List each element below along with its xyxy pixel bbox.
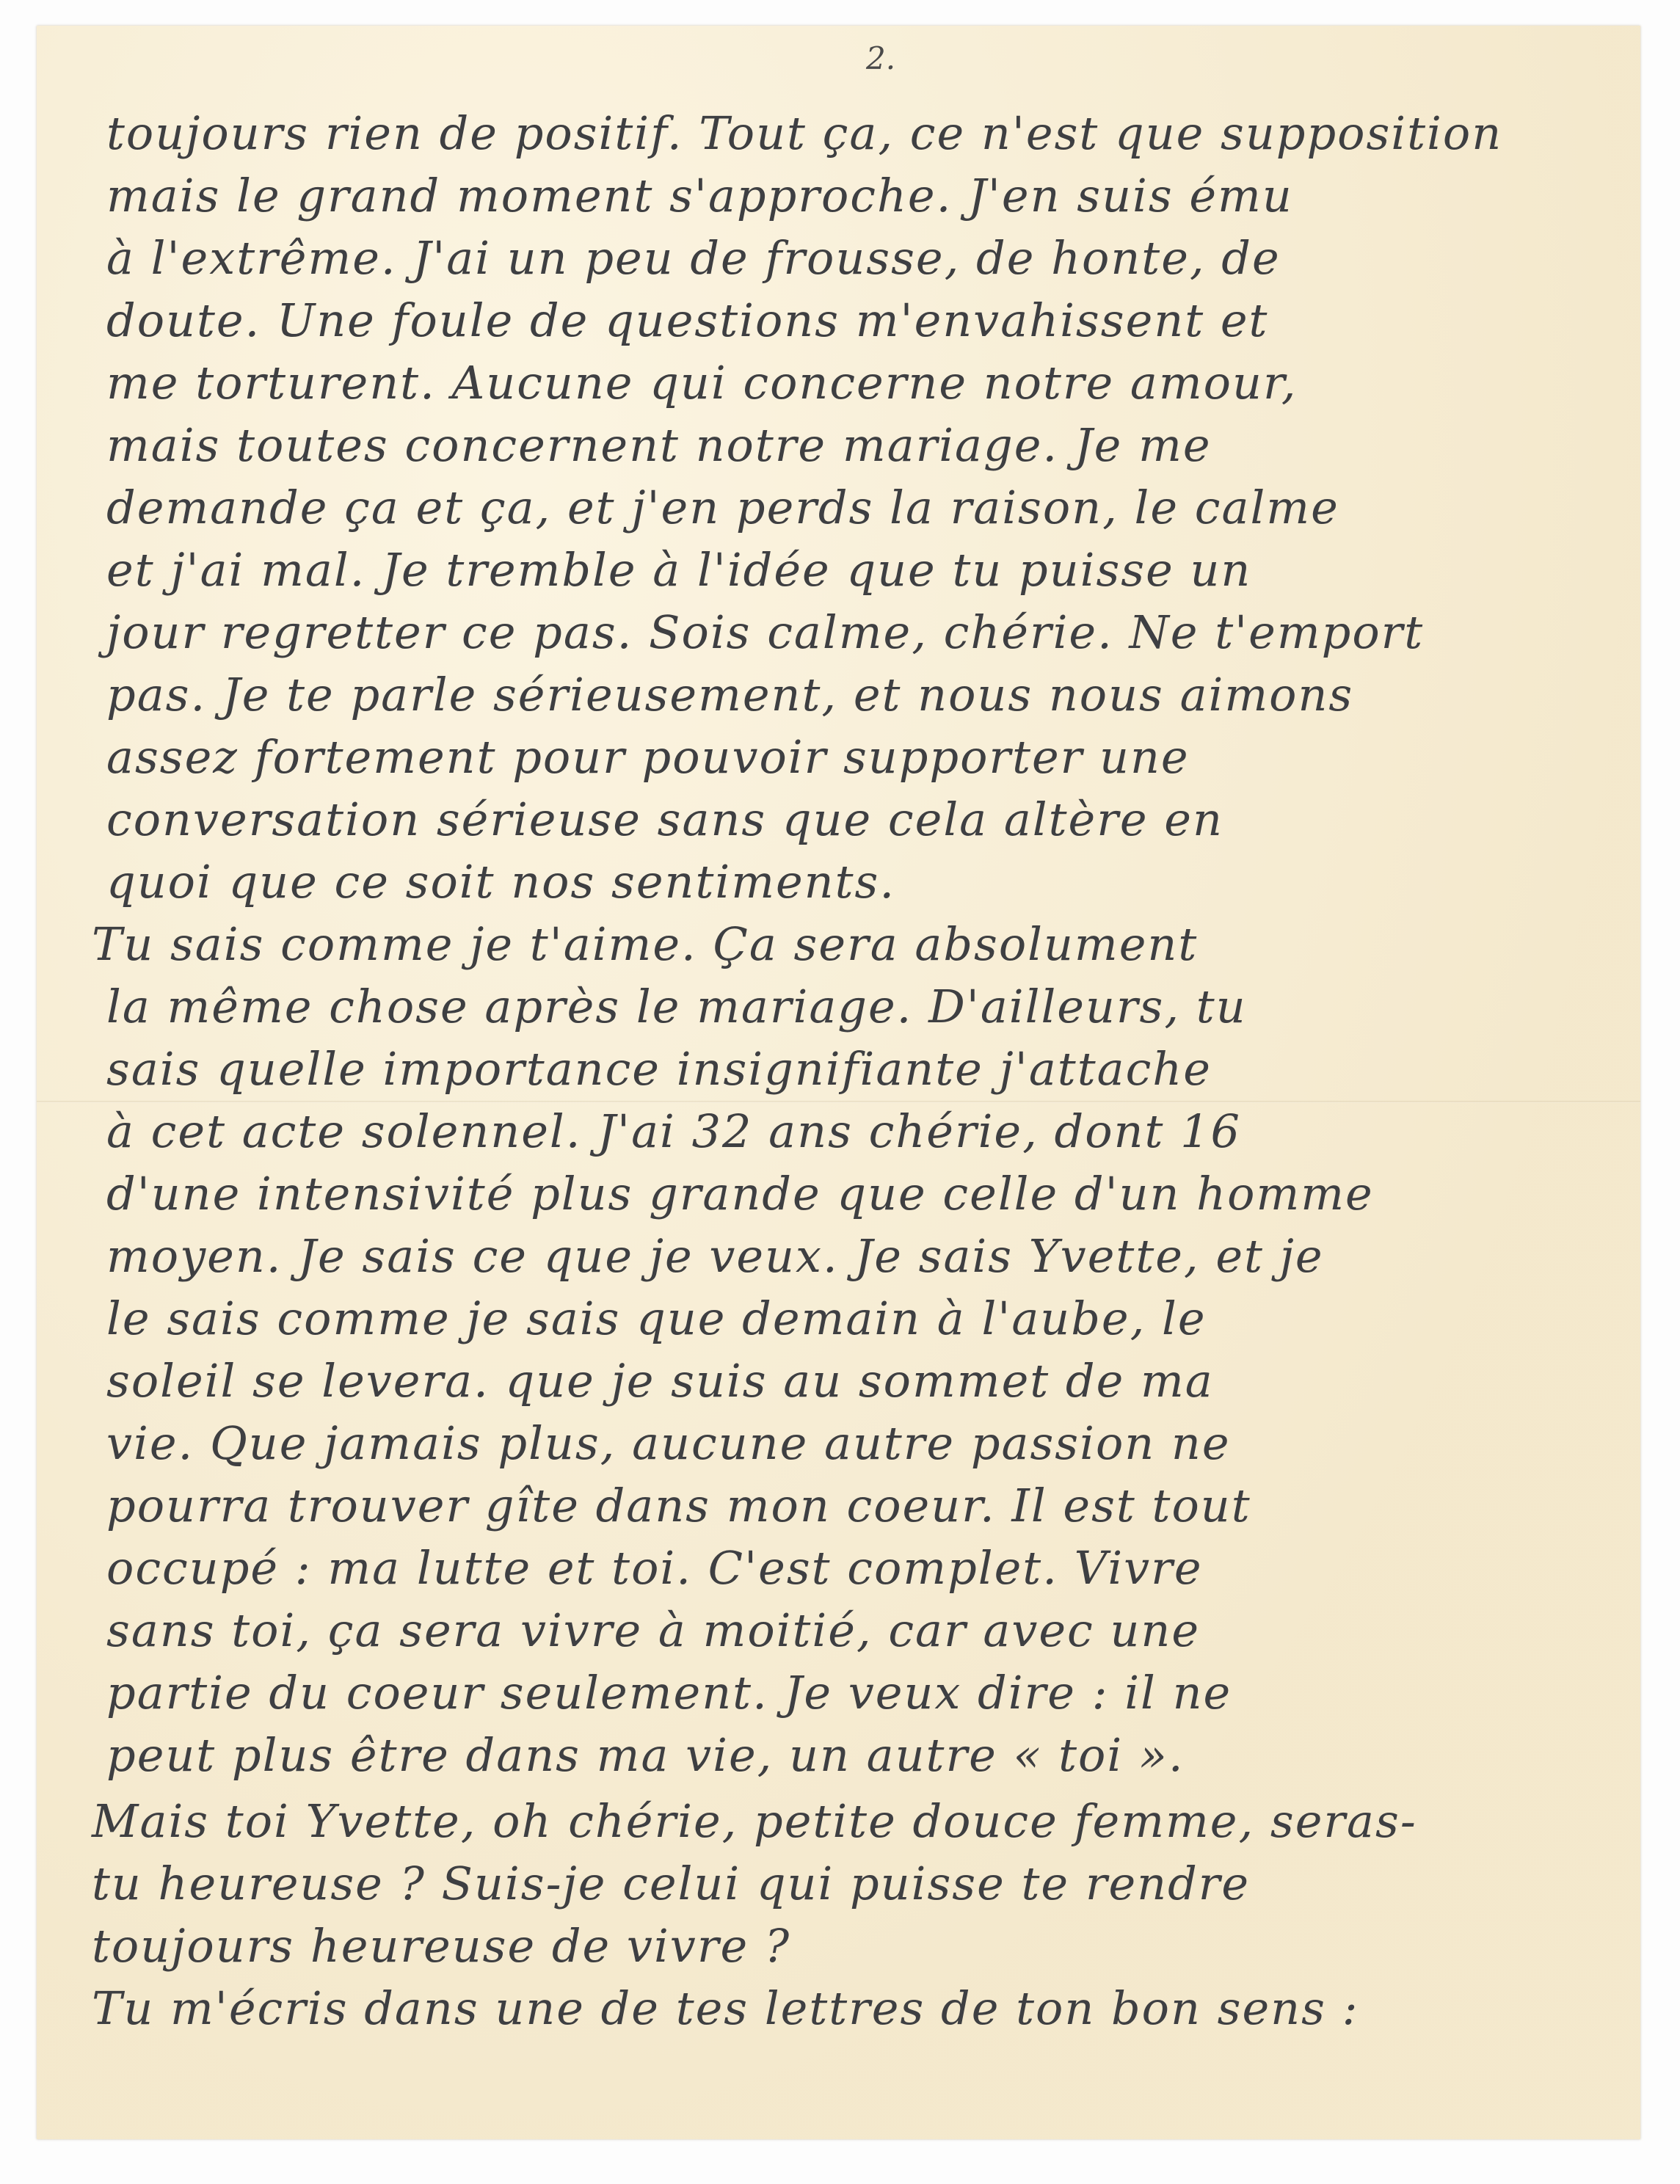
letter-line: doute. Une foule de questions m'envahiss… bbox=[106, 294, 1633, 347]
letter-line: sais quelle importance insignifiante j'a… bbox=[106, 1042, 1633, 1096]
letter-line: partie du coeur seulement. Je veux dire … bbox=[106, 1666, 1633, 1719]
letter-line: assez fortement pour pouvoir supporter u… bbox=[106, 730, 1633, 784]
letter-line: la même chose après le mariage. D'ailleu… bbox=[106, 980, 1633, 1033]
letter-line: Mais toi Yvette, oh chérie, petite douce… bbox=[92, 1794, 1618, 1848]
letter-line: sans toi, ça sera vivre à moitié, car av… bbox=[106, 1604, 1633, 1657]
letter-line: le sais comme je sais que demain à l'aub… bbox=[106, 1292, 1633, 1345]
letter-line: pourra trouver gîte dans mon coeur. Il e… bbox=[106, 1479, 1633, 1532]
letter-line: quoi que ce soit nos sentiments. bbox=[106, 855, 1633, 909]
letter-line: soleil se levera. que je suis au sommet … bbox=[106, 1354, 1633, 1408]
letter-sheet: 2. toujours rien de positif. Tout ça, ce… bbox=[37, 26, 1640, 2139]
letter-line: jour regretter ce pas. Sois calme, chéri… bbox=[106, 605, 1633, 659]
letter-line: toujours heureuse de vivre ? bbox=[92, 1919, 1618, 1973]
letter-line: mais le grand moment s'approche. J'en su… bbox=[106, 169, 1633, 222]
letter-line: conversation sérieuse sans que cela altè… bbox=[106, 793, 1633, 846]
letter-line: peut plus être dans ma vie, un autre « t… bbox=[106, 1728, 1633, 1782]
letter-line: moyen. Je sais ce que je veux. Je sais Y… bbox=[106, 1229, 1633, 1283]
letter-line: tu heureuse ? Suis-je celui qui puisse t… bbox=[92, 1857, 1618, 1910]
letter-line: me torturent. Aucune qui concerne notre … bbox=[106, 356, 1633, 409]
letter-line: mais toutes concernent notre mariage. Je… bbox=[106, 418, 1633, 472]
letter-line: Tu sais comme je t'aime. Ça sera absolum… bbox=[92, 917, 1618, 971]
paper-fold bbox=[37, 1101, 1640, 1103]
letter-line: demande ça et ça, et j'en perds la raiso… bbox=[106, 481, 1633, 534]
letter-line: pas. Je te parle sérieusement, et nous n… bbox=[106, 668, 1633, 721]
letter-line: Tu m'écris dans une de tes lettres de to… bbox=[92, 1981, 1618, 2035]
letter-line: toujours rien de positif. Tout ça, ce n'… bbox=[106, 106, 1633, 160]
letter-line: occupé : ma lutte et toi. C'est complet.… bbox=[106, 1541, 1633, 1595]
letter-line: à l'extrême. J'ai un peu de frousse, de … bbox=[106, 231, 1633, 285]
letter-line: vie. Que jamais plus, aucune autre passi… bbox=[106, 1416, 1633, 1470]
letter-line: et j'ai mal. Je tremble à l'idée que tu … bbox=[106, 543, 1633, 597]
letter-line: d'une intensivité plus grande que celle … bbox=[106, 1167, 1633, 1220]
page-number: 2. bbox=[866, 40, 895, 76]
letter-line: à cet acte solennel. J'ai 32 ans chérie,… bbox=[106, 1104, 1633, 1158]
